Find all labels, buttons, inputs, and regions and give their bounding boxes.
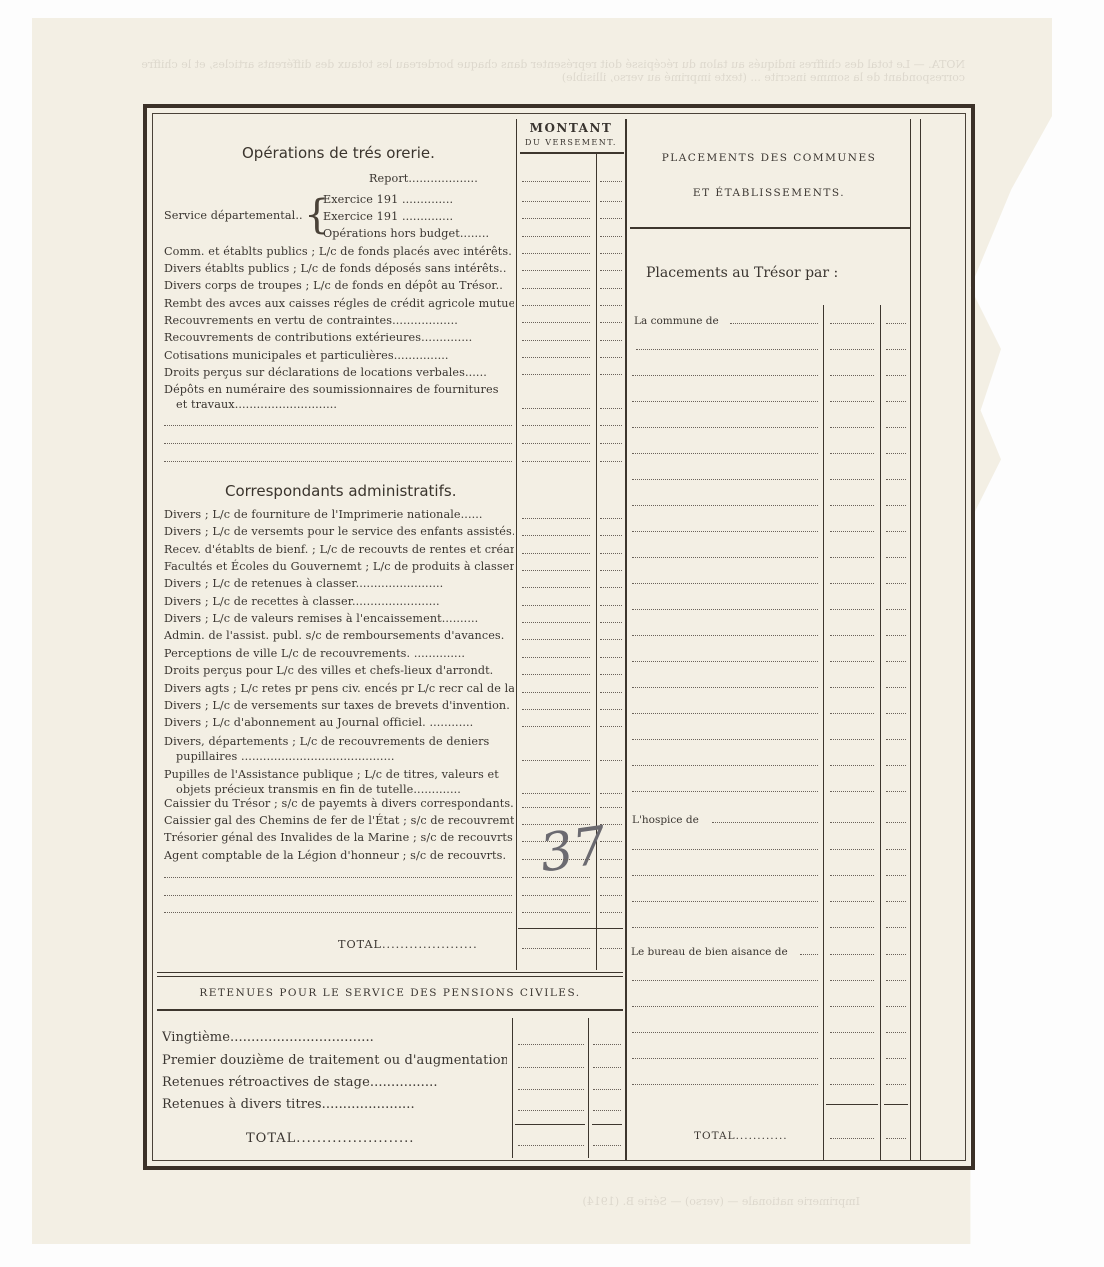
- retenue-row: Premier douzième de traitement ou d'augm…: [162, 1053, 507, 1069]
- divider-right-1: [910, 119, 911, 1160]
- handwritten-annotation: 37: [536, 816, 610, 885]
- commune-label: La commune de: [634, 315, 719, 327]
- blank-line: [164, 877, 512, 878]
- retenues-divider-1: [512, 1018, 513, 1158]
- divider-left-right: [625, 119, 627, 1160]
- retenues-title: RETENUES POUR LE SERVICE DES PENSIONS CI…: [157, 987, 623, 999]
- bleed-through-note: NOTA. — Le total des chiffres indiqués a…: [135, 58, 965, 84]
- placements-header-rule: [630, 227, 910, 229]
- report-row: Report...................: [369, 171, 514, 187]
- service-item: Exercice 191 ..............: [323, 192, 513, 208]
- correspondant-row: Divers agts ; L/c retes pr pens civ. enc…: [164, 681, 514, 697]
- correspondant-row: Divers, départements ; L/c de recouvreme…: [164, 734, 514, 750]
- blank-line: [164, 443, 512, 444]
- retenue-row: Retenues rétroactives de stage..........…: [162, 1075, 507, 1091]
- tresorerie-row: Recouvrements de contributions extérieur…: [164, 330, 514, 346]
- correspondant-row: pupillaires ............................…: [176, 749, 514, 765]
- placements-divider-2: [880, 305, 881, 1160]
- bleed-through-footer: Imprimerie nationale — (verso) — Série B…: [180, 1195, 860, 1208]
- hospice-label: L'hospice de: [632, 814, 699, 826]
- correspondant-row: Trésorier génal des Invalides de la Mari…: [164, 830, 514, 846]
- correspondants-title: Correspondants administratifs.: [225, 482, 456, 500]
- tresorerie-row: Cotisations municipales et particulières…: [164, 348, 514, 364]
- retenues-top-rule-2: [157, 976, 623, 977]
- placements-divider-1: [823, 305, 824, 1160]
- blank-line: [164, 461, 512, 462]
- retenues-top-rule: [157, 972, 623, 973]
- correspondant-row: Divers ; L/c de valeurs remises à l'enca…: [164, 611, 514, 627]
- placements-total: TOTAL............: [694, 1130, 788, 1142]
- montant-subheader: DU VERSEMENT.: [516, 138, 626, 147]
- blank-line: [164, 895, 512, 896]
- montant-header-rule: [520, 152, 624, 154]
- tresorerie-title: Opérations de trés orerie.: [242, 144, 435, 162]
- correspondant-row: Droits perçus pour L/c des villes et che…: [164, 663, 514, 679]
- tresorerie-row: Recouvrements en vertu de contraintes...…: [164, 313, 514, 329]
- correspondant-row: Divers ; L/c de retenues à classer......…: [164, 576, 514, 592]
- divider-right-2: [920, 119, 921, 1160]
- correspondant-row: Caissier gal des Chemins de fer de l'Éta…: [164, 813, 514, 829]
- tresorerie-row: Dépôts en numéraire des soumissionnaires…: [164, 382, 514, 398]
- retenues-total: TOTAL.......................: [246, 1131, 508, 1147]
- correspondant-row: Facultés et Écoles du Gouvernemt ; L/c d…: [164, 559, 514, 575]
- retenue-row: Vingtième...............................…: [162, 1030, 507, 1046]
- correspondants-total: TOTAL.....................: [338, 937, 514, 953]
- blank-line: [164, 912, 512, 913]
- correspondant-row: Agent comptable de la Légion d'honneur ;…: [164, 848, 514, 864]
- correspondant-row: Divers ; L/c de fourniture de l'Imprimer…: [164, 507, 514, 523]
- bureau-label: Le bureau de bien aisance de: [631, 946, 788, 958]
- subtotal-rule: [518, 928, 623, 929]
- tresorerie-row: Rembt des avces aux caisses régles de cr…: [164, 296, 514, 312]
- montant-header: MONTANT: [516, 121, 626, 135]
- service-item: Exercice 191 ..............: [323, 209, 513, 225]
- blank-line: [164, 425, 512, 426]
- tresorerie-row: Divers établts publics ; L/c de fonds dé…: [164, 261, 514, 277]
- placements-subtitle: Placements au Trésor par :: [646, 265, 838, 281]
- correspondant-row: Perceptions de ville L/c de recouvrement…: [164, 646, 514, 662]
- correspondant-row: Divers ; L/c de versements sur taxes de …: [164, 698, 514, 714]
- placements-header-2: ET ÉTABLISSEMENTS.: [628, 187, 910, 199]
- divider-montant-left: [516, 119, 517, 970]
- correspondant-row: Admin. de l'assist. publ. s/c de rembour…: [164, 628, 514, 644]
- retenues-header-rule: [157, 1009, 623, 1011]
- correspondant-row: Divers ; L/c de versemts pour le service…: [164, 524, 514, 540]
- correspondant-row: Recev. d'établts de bienf. ; L/c de reco…: [164, 542, 514, 558]
- correspondant-row: Divers ; L/c d'abonnement au Journal off…: [164, 715, 514, 731]
- tresorerie-row: Comm. et établts publics ; L/c de fonds …: [164, 244, 514, 260]
- tresorerie-row: Droits perçus sur déclarations de locati…: [164, 365, 514, 381]
- correspondant-row: Divers ; L/c de recettes à classer......…: [164, 594, 514, 610]
- correspondant-row: Pupilles de l'Assistance publique ; L/c …: [164, 767, 514, 783]
- retenues-divider-2: [588, 1018, 589, 1158]
- tresorerie-row: et travaux............................: [176, 397, 514, 413]
- service-departemental-label: Service départemental..: [164, 208, 314, 224]
- correspondant-row: Caissier du Trésor ; s/c de payemts à di…: [164, 796, 514, 812]
- tresorerie-row: Divers corps de troupes ; L/c de fonds e…: [164, 278, 514, 294]
- retenue-row: Retenues à divers titres................…: [162, 1097, 507, 1113]
- service-item: Opérations hors budget........: [323, 226, 513, 242]
- placements-header-1: PLACEMENTS DES COMMUNES: [628, 152, 910, 164]
